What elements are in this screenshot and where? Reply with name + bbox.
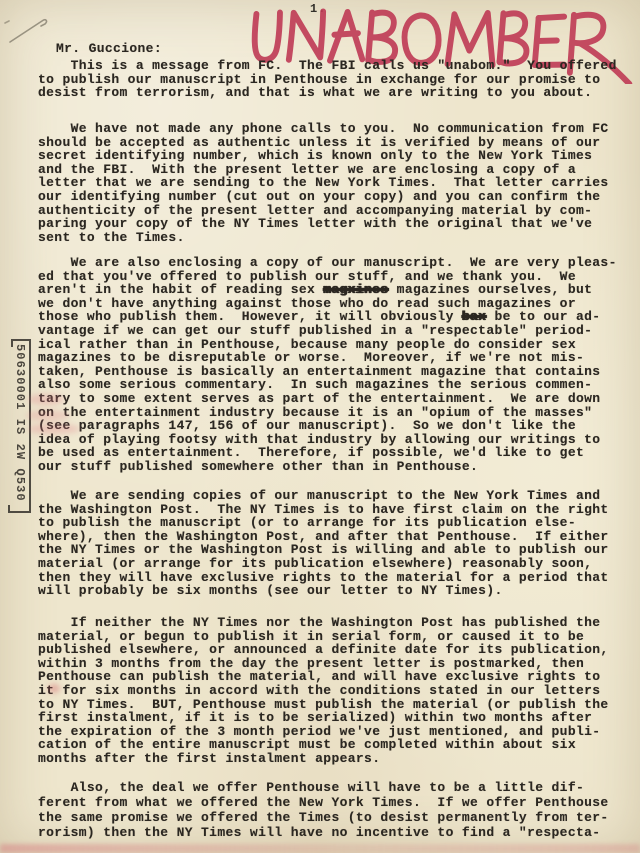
archive-stamp: 50630001 IS 2W Q530 <box>10 344 27 520</box>
paragraph-6: Also, the deal we offer Penthouse will h… <box>38 780 634 840</box>
paragraph-2: We have not made any phone calls to you.… <box>38 122 634 244</box>
salutation: Mr. Guccione: <box>56 41 162 56</box>
scanned-letter-page: 1. UNABOMBER <box>0 0 640 853</box>
page-bottom-edge-tint <box>0 844 640 853</box>
paragraph-1: This is a message from FC. The FBI calls… <box>38 59 634 100</box>
paragraph-5: If neither the NY Times nor the Washingt… <box>38 616 634 766</box>
pencil-mark-icon <box>2 10 62 60</box>
paragraph-4: We are sending copies of our manuscript … <box>38 489 634 598</box>
paragraph-3-text: be to our ad- vantage if we can get our … <box>38 309 600 474</box>
paragraph-3: We are also enclosing a copy of our manu… <box>38 256 634 474</box>
